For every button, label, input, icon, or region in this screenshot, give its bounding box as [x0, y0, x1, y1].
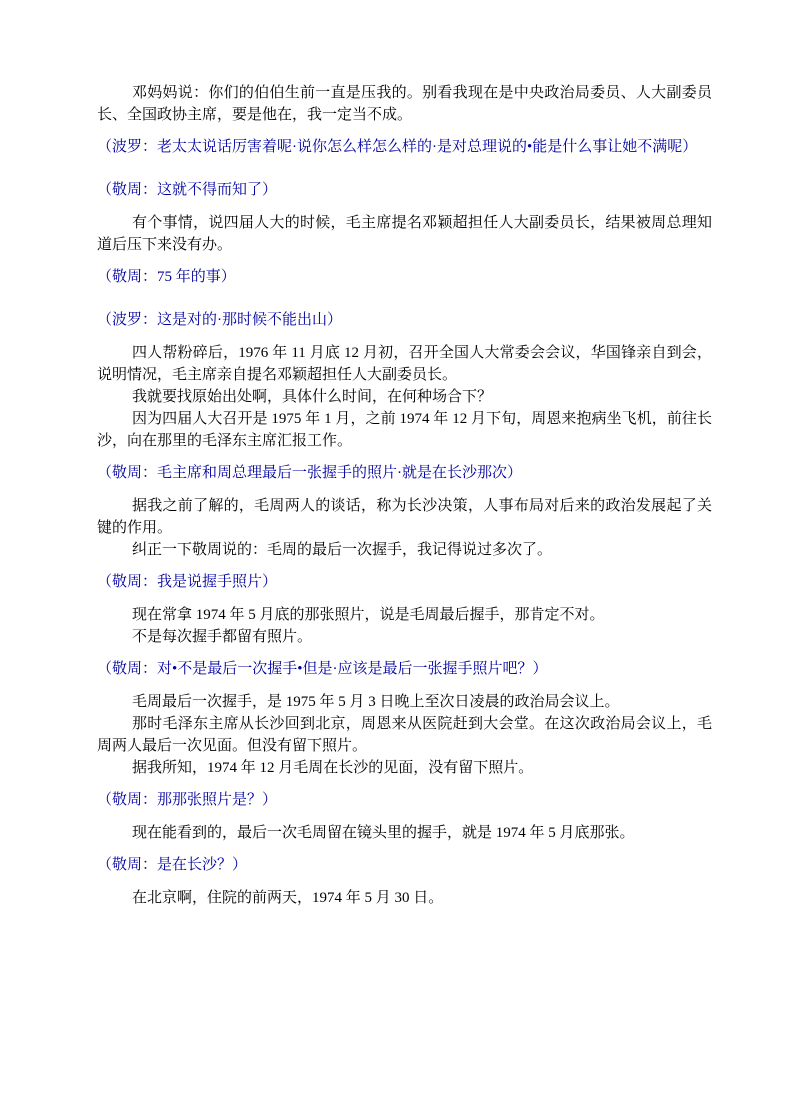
paragraph-comment: （敬周：我是说握手照片）	[97, 561, 712, 604]
paragraph-narration: 现在常拿 1974 年 5 月底的那张照片，说是毛周最后握手，那肯定不对。	[97, 604, 712, 626]
paragraph-comment: （敬周：这就不得而知了）	[97, 169, 712, 212]
document-page-surface: 邓妈妈说：你们的伯伯生前一直是压我的。别看我现在是中央政治局委员、人大副委员长、…	[0, 0, 800, 1100]
paragraph-narration: 不是每次握手都留有照片。	[97, 626, 712, 648]
paragraph-narration: 纠正一下敬周说的：毛周的最后一次握手，我记得说过多次了。	[97, 539, 712, 561]
paragraph-comment: （敬周：对•不是最后一次握手•但是·应该是最后一张握手照片吧？）	[97, 648, 712, 691]
paragraph-comment: （敬周：毛主席和周总理最后一张握手的照片·就是在长沙那次）	[97, 452, 712, 495]
paragraph-narration: 四人帮粉碎后，1976 年 11 月底 12 月初，召开全国人大常委会会议，华国…	[97, 342, 712, 386]
paragraph-comment: （敬周：是在长沙？）	[97, 844, 712, 887]
paragraph-narration: 毛周最后一次握手，是 1975 年 5 月 3 日晚上至次日凌晨的政治局会议上。	[97, 691, 712, 713]
paragraph-narration: 据我之前了解的，毛周两人的谈话，称为长沙决策，人事布局对后来的政治发展起了关键的…	[97, 495, 712, 539]
document-page: { "colors": { "background": "#FFFFFF", "…	[0, 0, 800, 1100]
paragraph-comment: （敬周：75 年的事）	[97, 256, 712, 299]
paragraph-narration: 因为四届人大召开是 1975 年 1 月，之前 1974 年 12 月下旬，周恩…	[97, 408, 712, 452]
paragraph-narration: 据我所知，1974 年 12 月毛周在长沙的见面，没有留下照片。	[97, 757, 712, 779]
paragraph-narration: 有个事情，说四届人大的时候，毛主席提名邓颖超担任人大副委员长，结果被周总理知道后…	[97, 212, 712, 256]
paragraph-comment: （波罗：老太太说话厉害着呢·说你怎么样怎么样的·是对总理说的•能是什么事让她不满…	[97, 126, 712, 169]
document-content: 邓妈妈说：你们的伯伯生前一直是压我的。别看我现在是中央政治局委员、人大副委员长、…	[97, 82, 712, 909]
paragraph-comment: （敬周：那那张照片是？）	[97, 779, 712, 822]
paragraph-narration: 我就要找原始出处啊，具体什么时间，在何种场合下？	[97, 386, 712, 408]
paragraph-narration: 邓妈妈说：你们的伯伯生前一直是压我的。别看我现在是中央政治局委员、人大副委员长、…	[97, 82, 712, 126]
paragraph-narration: 现在能看到的，最后一次毛周留在镜头里的握手，就是 1974 年 5 月底那张。	[97, 822, 712, 844]
paragraph-narration: 在北京啊，住院的前两天，1974 年 5 月 30 日。	[97, 887, 712, 909]
paragraph-narration: 那时毛泽东主席从长沙回到北京，周恩来从医院赶到大会堂。在这次政治局会议上，毛周两…	[97, 713, 712, 757]
paragraph-comment: （波罗：这是对的·那时候不能出山）	[97, 299, 712, 342]
